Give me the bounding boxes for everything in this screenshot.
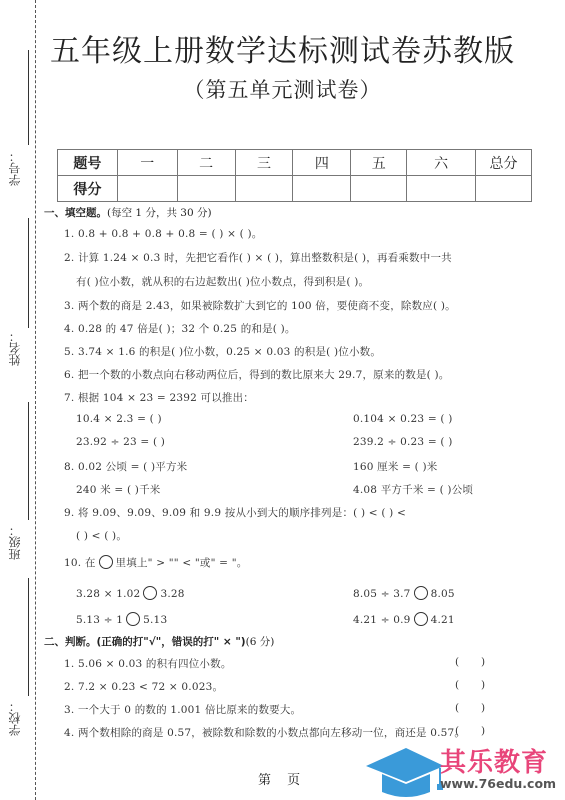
header-cell-1: 一: [117, 150, 177, 176]
judge-item-4: 4. 两个数相除的商是 0.57，被除数和除数的小数点都向左移动一位，商还是 0…: [64, 725, 465, 740]
header-cell-4: 四: [293, 150, 351, 176]
compare-item-2-right: 8.05: [431, 588, 455, 600]
class-field[interactable]: 班级：: [6, 402, 30, 562]
section-1-title: 一、填空题。: [44, 207, 107, 219]
judge-answer-3[interactable]: (): [455, 702, 507, 714]
header-cell-total: 总分: [476, 150, 532, 176]
school-field[interactable]: 学校：: [6, 578, 30, 738]
question-1-7-item-1: 10.4 × 2.3 = ( ): [76, 413, 162, 425]
watermark-url: www.76edu.com: [440, 776, 556, 791]
question-1-2b: 有( )位小数，就从积的右边起数出( )位小数点，得到积是( )。: [76, 274, 369, 289]
paren-close: ): [481, 679, 507, 691]
score-row-label: 得分: [58, 176, 118, 202]
section-2-note: (6 分): [246, 636, 275, 648]
question-1-9a: 9. 将 9.09、9.0̇9、9.0̇9̇ 和 9.9 按从小到大的顺序排列是…: [64, 505, 406, 520]
student-id-label: 学号：: [6, 150, 28, 186]
question-1-7-item-3: 23.92 ÷ 23 = ( ): [76, 436, 165, 448]
question-1-7: 7. 根据 104 × 23 = 2392 可以推出：: [64, 390, 254, 405]
section-1-heading: 一、填空题。(每空 1 分，共 30 分): [44, 205, 212, 220]
compare-item-3-right: 5.13: [143, 614, 167, 626]
compare-item-1-left: 3.28 × 1.02: [76, 588, 140, 600]
section-2-title: 二、判断。(正确的打"√"，错误的打" × "): [44, 636, 246, 648]
header-cell-3: 三: [235, 150, 293, 176]
score-cell-6[interactable]: [407, 176, 476, 202]
score-cell-4[interactable]: [293, 176, 351, 202]
compare-item-2: 8.05 ÷ 3.78.05: [353, 586, 455, 600]
class-underline: [28, 402, 29, 520]
page-subtitle: （第五单元测试卷）: [0, 74, 565, 104]
paren-close: ): [481, 702, 507, 714]
compare-item-4-left: 4.21 ÷ 0.9: [353, 614, 411, 626]
question-1-10-suffix: 里填上" > "" < "或" = "。: [116, 557, 248, 569]
name-label: 姓名：: [6, 330, 28, 366]
paren-open: (: [455, 702, 481, 714]
question-1-3: 3. 两个数的商是 2.43，如果被除数扩大到它的 100 倍，要使商不变，除数…: [64, 298, 456, 313]
header-cell-2: 二: [177, 150, 235, 176]
question-1-2a: 2. 计算 1.24 × 0.3 时，先把它看作( ) × ( )，算出整数积是…: [64, 250, 452, 265]
paren-open: (: [455, 679, 481, 691]
paren-close: ): [481, 725, 507, 737]
header-cell-6: 六: [407, 150, 476, 176]
judge-answer-2[interactable]: (): [455, 679, 507, 691]
question-1-8b-left: 240 米 = ( )千米: [76, 482, 160, 497]
judge-answer-1[interactable]: (): [455, 656, 507, 668]
question-1-10-prefix: 10. 在: [64, 557, 96, 569]
header-cell-5: 五: [351, 150, 407, 176]
compare-item-1-right: 3.28: [160, 588, 184, 600]
question-1-7-item-4: 239.2 ÷ 0.23 = ( ): [353, 436, 453, 448]
name-underline: [28, 218, 29, 328]
page-title: 五年级上册数学达标测试卷苏教版: [0, 26, 565, 70]
question-1-7-item-2: 0.104 × 0.23 = ( ): [353, 413, 453, 425]
compare-circle-2[interactable]: [414, 586, 428, 600]
binding-dashed-line: [35, 0, 36, 800]
question-1-8a-right: 160 厘米 = ( )米: [353, 459, 437, 474]
compare-circle-4[interactable]: [414, 612, 428, 626]
question-1-10: 10. 在里填上" > "" < "或" = "。: [64, 555, 247, 570]
score-table: 题号 一 二 三 四 五 六 总分 得分: [57, 149, 532, 202]
school-underline: [28, 578, 29, 696]
compare-item-4-right: 4.21: [431, 614, 455, 626]
compare-item-2-left: 8.05 ÷ 3.7: [353, 588, 411, 600]
question-1-9b: ( ) < ( )。: [76, 528, 127, 543]
judge-item-1: 1. 5.06 × 0.03 的积有四位小数。: [64, 656, 232, 671]
compare-item-3: 5.13 ÷ 15.13: [76, 612, 167, 626]
score-cell-1[interactable]: [117, 176, 177, 202]
judge-item-3: 3. 一个大于 0 的数的 1.001 倍比原来的数要大。: [64, 702, 301, 717]
school-label: 学校：: [6, 700, 28, 736]
header-cell-question-number: 题号: [58, 150, 118, 176]
question-1-8b-right: 4.08 平方千米 = ( )公顷: [353, 482, 473, 497]
student-id-field[interactable]: 学号：: [6, 50, 30, 185]
compare-circle-1[interactable]: [143, 586, 157, 600]
question-1-5: 5. 3.74 × 1.6 的积是( )位小数，0.25 × 0.03 的积是(…: [64, 344, 381, 359]
question-1-8a-left: 8. 0.02 公顷 = ( )平方米: [64, 459, 187, 474]
paren-open: (: [455, 656, 481, 668]
score-cell-5[interactable]: [351, 176, 407, 202]
watermark-brand: 其乐教育: [440, 742, 548, 779]
compare-item-4: 4.21 ÷ 0.94.21: [353, 612, 455, 626]
compare-item-3-left: 5.13 ÷ 1: [76, 614, 123, 626]
score-table-score-row: 得分: [58, 176, 532, 202]
judge-answer-4[interactable]: (): [455, 725, 507, 737]
score-cell-3[interactable]: [235, 176, 293, 202]
section-2-heading: 二、判断。(正确的打"√"，错误的打" × ")(6 分): [44, 634, 274, 649]
question-1-4: 4. 0.28 的 47 倍是( )；32 个 0.25 的和是( )。: [64, 321, 296, 336]
section-1-note: (每空 1 分，共 30 分): [107, 207, 212, 219]
circle-icon: [99, 555, 113, 569]
score-cell-total[interactable]: [476, 176, 532, 202]
judge-item-2: 2. 7.2 × 0.23 < 72 × 0.023。: [64, 679, 223, 694]
question-1-1: 1. 0.8 + 0.8 + 0.8 + 0.8 = ( ) × ( )。: [64, 226, 262, 241]
page-number-label: 第 页: [258, 769, 306, 788]
paren-close: ): [481, 656, 507, 668]
class-label: 班级：: [6, 524, 28, 560]
compare-item-1: 3.28 × 1.023.28: [76, 586, 185, 600]
compare-circle-3[interactable]: [126, 612, 140, 626]
name-field[interactable]: 姓名：: [6, 218, 30, 368]
paren-open: (: [455, 725, 481, 737]
score-cell-2[interactable]: [177, 176, 235, 202]
score-table-header-row: 题号 一 二 三 四 五 六 总分: [58, 150, 532, 176]
question-1-6: 6. 把一个数的小数点向右移动两位后，得到的数比原来大 29.7，原来的数是( …: [64, 367, 450, 382]
